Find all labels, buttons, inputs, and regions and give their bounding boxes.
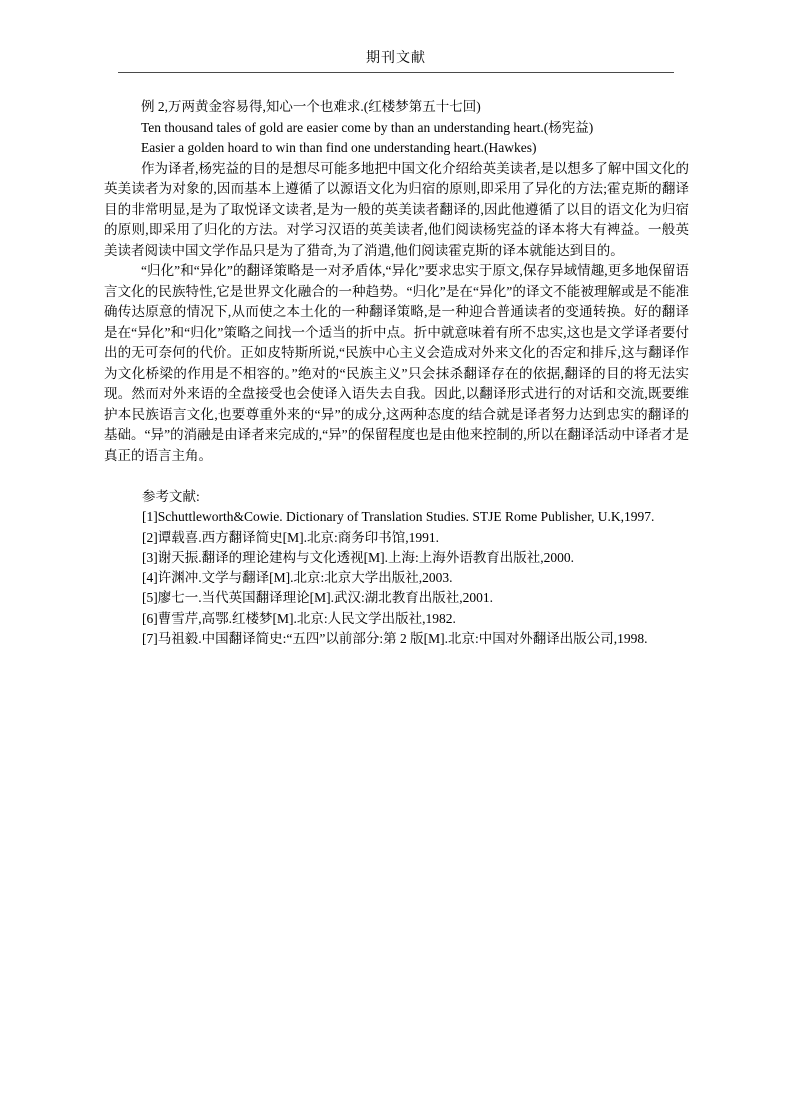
document-page: 期刊文献 例 2,万两黄金容易得,知心一个也难求.(红楼梦第五十七回) Ten … — [0, 0, 792, 1120]
reference-item: [6]曹雪芹,高鄂.红楼梦[M].北京:人民文学出版社,1982. — [142, 609, 689, 629]
reference-item: [5]廖七一.当代英国翻译理论[M].武汉:湖北教育出版社,2001. — [142, 588, 689, 608]
reference-item: [7]马祖毅.中国翻译简史:“五四”以前部分:第 2 版[M].北京:中国对外翻… — [142, 629, 689, 649]
document-body: 例 2,万两黄金容易得,知心一个也难求.(红楼梦第五十七回) Ten thous… — [104, 97, 689, 649]
example-line-yang-translation: Ten thousand tales of gold are easier co… — [104, 118, 689, 139]
page-header-title: 期刊文献 — [0, 50, 792, 68]
header-divider — [118, 72, 674, 73]
example-line-source: 例 2,万两黄金容易得,知心一个也难求.(红楼梦第五十七回) — [104, 97, 689, 118]
reference-item: [2]谭载喜.西方翻译简史[M].北京:商务印书馆,1991. — [142, 528, 689, 548]
reference-item: [1]Schuttleworth&Cowie. Dictionary of Tr… — [142, 507, 689, 527]
reference-item: [4]许渊冲.文学与翻译[M].北京:北京大学出版社,2003. — [142, 568, 689, 588]
body-paragraph: “归化”和“异化”的翻译策略是一对矛盾体,“异化”要求忠实于原文,保存异域情趣,… — [104, 261, 689, 466]
body-paragraph: 作为译者,杨宪益的目的是想尽可能多地把中国文化介绍给英美读者,是以想多了解中国文… — [104, 159, 689, 262]
example-line-hawkes-translation: Easier a golden hoard to win than find o… — [104, 138, 689, 159]
reference-item: [3]谢天振.翻译的理论建构与文化透视[M].上海:上海外语教育出版社,2000… — [142, 548, 689, 568]
references-heading: 参考文献: — [142, 487, 689, 507]
references-section: 参考文献: [1]Schuttleworth&Cowie. Dictionary… — [104, 487, 689, 649]
